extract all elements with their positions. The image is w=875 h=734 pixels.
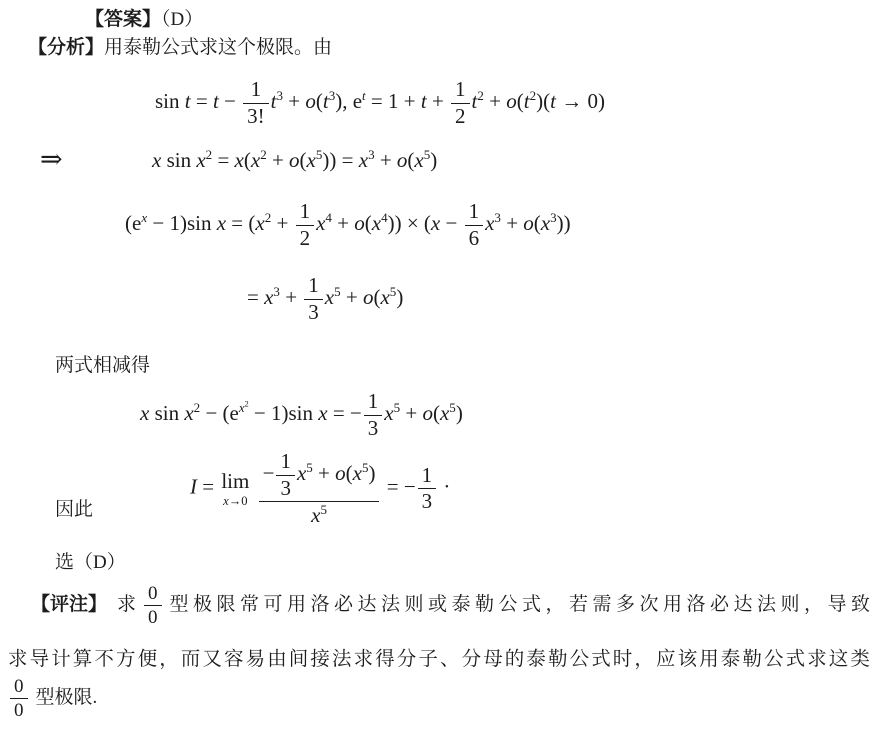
math-token: (: [346, 461, 353, 485]
math-token: )) =: [322, 148, 358, 172]
math-token: x: [140, 401, 149, 425]
math-token: 1: [368, 389, 379, 413]
math-token: −: [219, 89, 241, 113]
math-token: sin: [155, 89, 185, 113]
remark-label: 【评注】: [31, 594, 107, 615]
math-token: ): [456, 401, 463, 425]
math-token: 0: [148, 583, 158, 604]
math-token: 1: [422, 463, 433, 487]
math-token: x: [235, 148, 244, 172]
math-token: 0: [144, 605, 162, 628]
math-token: o: [305, 89, 316, 113]
math-token: o: [363, 285, 374, 309]
math-token: = 1 +: [366, 89, 421, 113]
math-token: )) × (: [388, 211, 431, 235]
math-token: 3: [418, 488, 437, 514]
math-token: − (e: [200, 401, 239, 425]
math-token: +: [400, 401, 422, 425]
math-token: +: [267, 148, 289, 172]
answer-value: （D）: [161, 9, 203, 30]
math-fraction: 12: [449, 78, 472, 128]
math-token: x: [414, 148, 423, 172]
math-token: o: [354, 211, 365, 235]
math-fraction: 00: [142, 583, 164, 629]
math-token: x: [307, 148, 316, 172]
math-token: +: [484, 89, 506, 113]
math-token: x: [384, 401, 393, 425]
math-token: 1: [465, 200, 484, 225]
math-token: +: [341, 285, 363, 309]
math-token: 0: [14, 700, 24, 721]
math-token: x: [359, 148, 368, 172]
math-limit: limx→0: [221, 471, 249, 508]
math-token: 1: [451, 78, 470, 103]
analysis-text: 用泰勒公式求这个极限。由: [104, 37, 332, 58]
formula-zero-over-zero: 00: [142, 594, 164, 615]
math-token: (: [244, 148, 251, 172]
math-fraction: 13: [362, 390, 385, 440]
math-token: = −: [328, 401, 362, 425]
math-token: x: [217, 211, 226, 235]
math-token: x: [297, 461, 306, 485]
math-token: 1: [296, 200, 315, 225]
math-token: x: [440, 401, 449, 425]
math-token: 3!: [247, 104, 265, 128]
formula-taylor-base: sin t = t − 13!t3 + o(t3), et = 1 + t + …: [155, 78, 605, 128]
math-token: I: [190, 475, 197, 499]
remark-line-2: 求导计算不方便，而又容易由间接法求得分子、分母的泰勒公式时，应该用泰勒公式求这类: [8, 648, 872, 672]
math-token: 2: [296, 225, 315, 251]
math-token: →0: [229, 494, 248, 508]
math-fraction: 13!: [241, 78, 271, 128]
math-token: x: [325, 285, 334, 309]
math-token: o: [335, 461, 346, 485]
math-fraction: 00: [8, 676, 30, 722]
math-token: 1: [304, 274, 323, 299]
math-token: 5: [320, 502, 327, 517]
math-token: (e: [125, 211, 141, 235]
math-token: (: [316, 89, 323, 113]
math-token: 3: [422, 489, 433, 513]
math-token: (: [300, 148, 307, 172]
math-token: sin: [161, 148, 196, 172]
formula-zero-over-zero: 00: [8, 687, 30, 708]
math-token: 0: [10, 698, 28, 721]
analysis-label: 【分析】: [28, 37, 104, 58]
math-token: 0: [144, 583, 162, 605]
math-token: lim: [221, 471, 249, 492]
math-token: +: [313, 461, 335, 485]
math-token: =: [197, 475, 219, 499]
math-token: sin: [149, 401, 184, 425]
math-token: ): [368, 461, 375, 485]
math-token: =: [191, 89, 213, 113]
math-token: +: [283, 89, 305, 113]
formula-difference: x sin x2 − (ex2 − 1)sin x = −13x5 + o(x5…: [140, 390, 463, 440]
math-token: o: [422, 401, 433, 425]
math-token: x: [353, 461, 362, 485]
math-fraction: 13: [416, 464, 439, 514]
math-token: 1: [455, 77, 466, 101]
math-token: (: [365, 211, 372, 235]
math-token: +: [280, 285, 302, 309]
math-token: 3: [304, 299, 323, 325]
math-token: 1: [469, 199, 480, 223]
math-fraction: 12: [294, 200, 317, 250]
math-token: −13x5 + o(x5): [259, 450, 380, 501]
therefore-text: 因此: [55, 498, 93, 522]
math-fraction: 13: [302, 274, 325, 324]
math-token: +: [501, 211, 523, 235]
math-token: x: [541, 211, 550, 235]
answer-label: 【答案】: [85, 9, 161, 30]
math-token: 6: [465, 225, 484, 251]
math-token: 3!: [243, 103, 269, 129]
math-token: 3: [364, 415, 383, 441]
math-token: 0: [10, 676, 28, 698]
math-token: 2: [300, 226, 311, 250]
math-token: 1: [364, 390, 383, 415]
remark-line-3: 00型极限.: [8, 676, 97, 722]
math-token: 1: [280, 449, 291, 473]
math-token: +: [332, 211, 354, 235]
math-token: x: [152, 148, 161, 172]
math-token: 0: [148, 607, 158, 628]
math-token: − 1)sin: [249, 401, 319, 425]
math-token: x: [251, 148, 260, 172]
remark-line1-text: 型极限常可用洛必达法则或泰勒公式，若需多次用洛必达法则，导致: [170, 594, 875, 615]
math-token: 6: [469, 226, 480, 250]
document-page: 【答案】（D） 【分析】用泰勒公式求这个极限。由 sin t = t − 13!…: [0, 0, 875, 734]
math-token: x: [255, 211, 264, 235]
math-token: 3: [368, 416, 379, 440]
math-token: 0: [14, 676, 24, 697]
math-token: x: [380, 285, 389, 309]
math-token: =: [247, 285, 264, 309]
implies-arrow: ⇒: [40, 146, 63, 173]
math-fraction: 16: [463, 200, 486, 250]
math-token: x2: [239, 400, 249, 415]
math-fraction: −13x5 + o(x5)x5: [257, 450, 382, 528]
math-token: x: [196, 148, 205, 172]
math-token: +: [271, 211, 293, 235]
math-token: (: [534, 211, 541, 235]
math-token: 1: [243, 78, 269, 103]
math-token: x5: [259, 501, 380, 528]
math-token: o: [397, 148, 408, 172]
math-token: 1: [276, 450, 295, 475]
math-token: 1: [308, 273, 319, 297]
math-token: ): [396, 285, 403, 309]
math-token: 3: [308, 300, 319, 324]
math-token: x: [184, 401, 193, 425]
formula-ex-sinx: (ex − 1)sin x = (x2 + 12x4 + o(x4)) × (x…: [125, 200, 571, 250]
math-token: −: [440, 211, 462, 235]
subtract-text: 两式相减得: [55, 354, 150, 378]
math-token: − 1)sin: [147, 211, 217, 235]
answer-line: 【答案】（D）: [85, 8, 203, 32]
math-token: o: [289, 148, 300, 172]
remark-pre-text: 求: [117, 594, 136, 615]
math-token: x: [318, 401, 327, 425]
math-token: +: [427, 89, 449, 113]
math-token: lim: [221, 469, 249, 493]
math-fraction: 13: [274, 450, 297, 500]
math-token: x: [316, 211, 325, 235]
math-token: )): [557, 211, 571, 235]
math-token: o: [506, 89, 517, 113]
math-token: ·: [438, 475, 450, 499]
math-token: +: [375, 148, 397, 172]
math-token: 1: [418, 464, 437, 489]
math-token: (: [517, 89, 524, 113]
math-token: x: [431, 211, 440, 235]
choose-line: 选（D）: [55, 551, 126, 575]
math-token: = −: [381, 475, 415, 499]
remark-line3-text: 型极限.: [36, 687, 98, 708]
math-token: → 0): [556, 89, 605, 113]
math-token: ): [430, 148, 437, 172]
math-token: x: [372, 211, 381, 235]
math-token: 1: [251, 77, 262, 101]
math-token: 3: [280, 476, 291, 500]
math-token: ), e: [335, 89, 362, 113]
math-token: o: [523, 211, 534, 235]
math-token: =: [212, 148, 234, 172]
formula-ex-sinx-result: = x3 + 13x5 + o(x5): [247, 274, 403, 324]
math-token: 2: [451, 103, 470, 129]
math-token: 3: [276, 475, 295, 501]
math-token: 5: [320, 502, 327, 517]
remark-line-1: 【评注】求00型极限常可用洛必达法则或泰勒公式，若需多次用洛必达法则，导致: [31, 583, 875, 629]
math-token: x→0: [221, 495, 249, 508]
math-token: = (: [226, 211, 255, 235]
formula-xsinx2: x sin x2 = x(x2 + o(x5)) = x3 + o(x5): [152, 148, 437, 173]
math-token: )(: [536, 89, 550, 113]
analysis-line: 【分析】用泰勒公式求这个极限。由: [28, 36, 332, 60]
math-token: 1: [300, 199, 311, 223]
math-token: −: [263, 461, 275, 485]
math-token: 2: [455, 104, 466, 128]
formula-limit: I = limx→0 −13x5 + o(x5)x5 = −13 ·: [190, 450, 450, 528]
math-token: (: [433, 401, 440, 425]
